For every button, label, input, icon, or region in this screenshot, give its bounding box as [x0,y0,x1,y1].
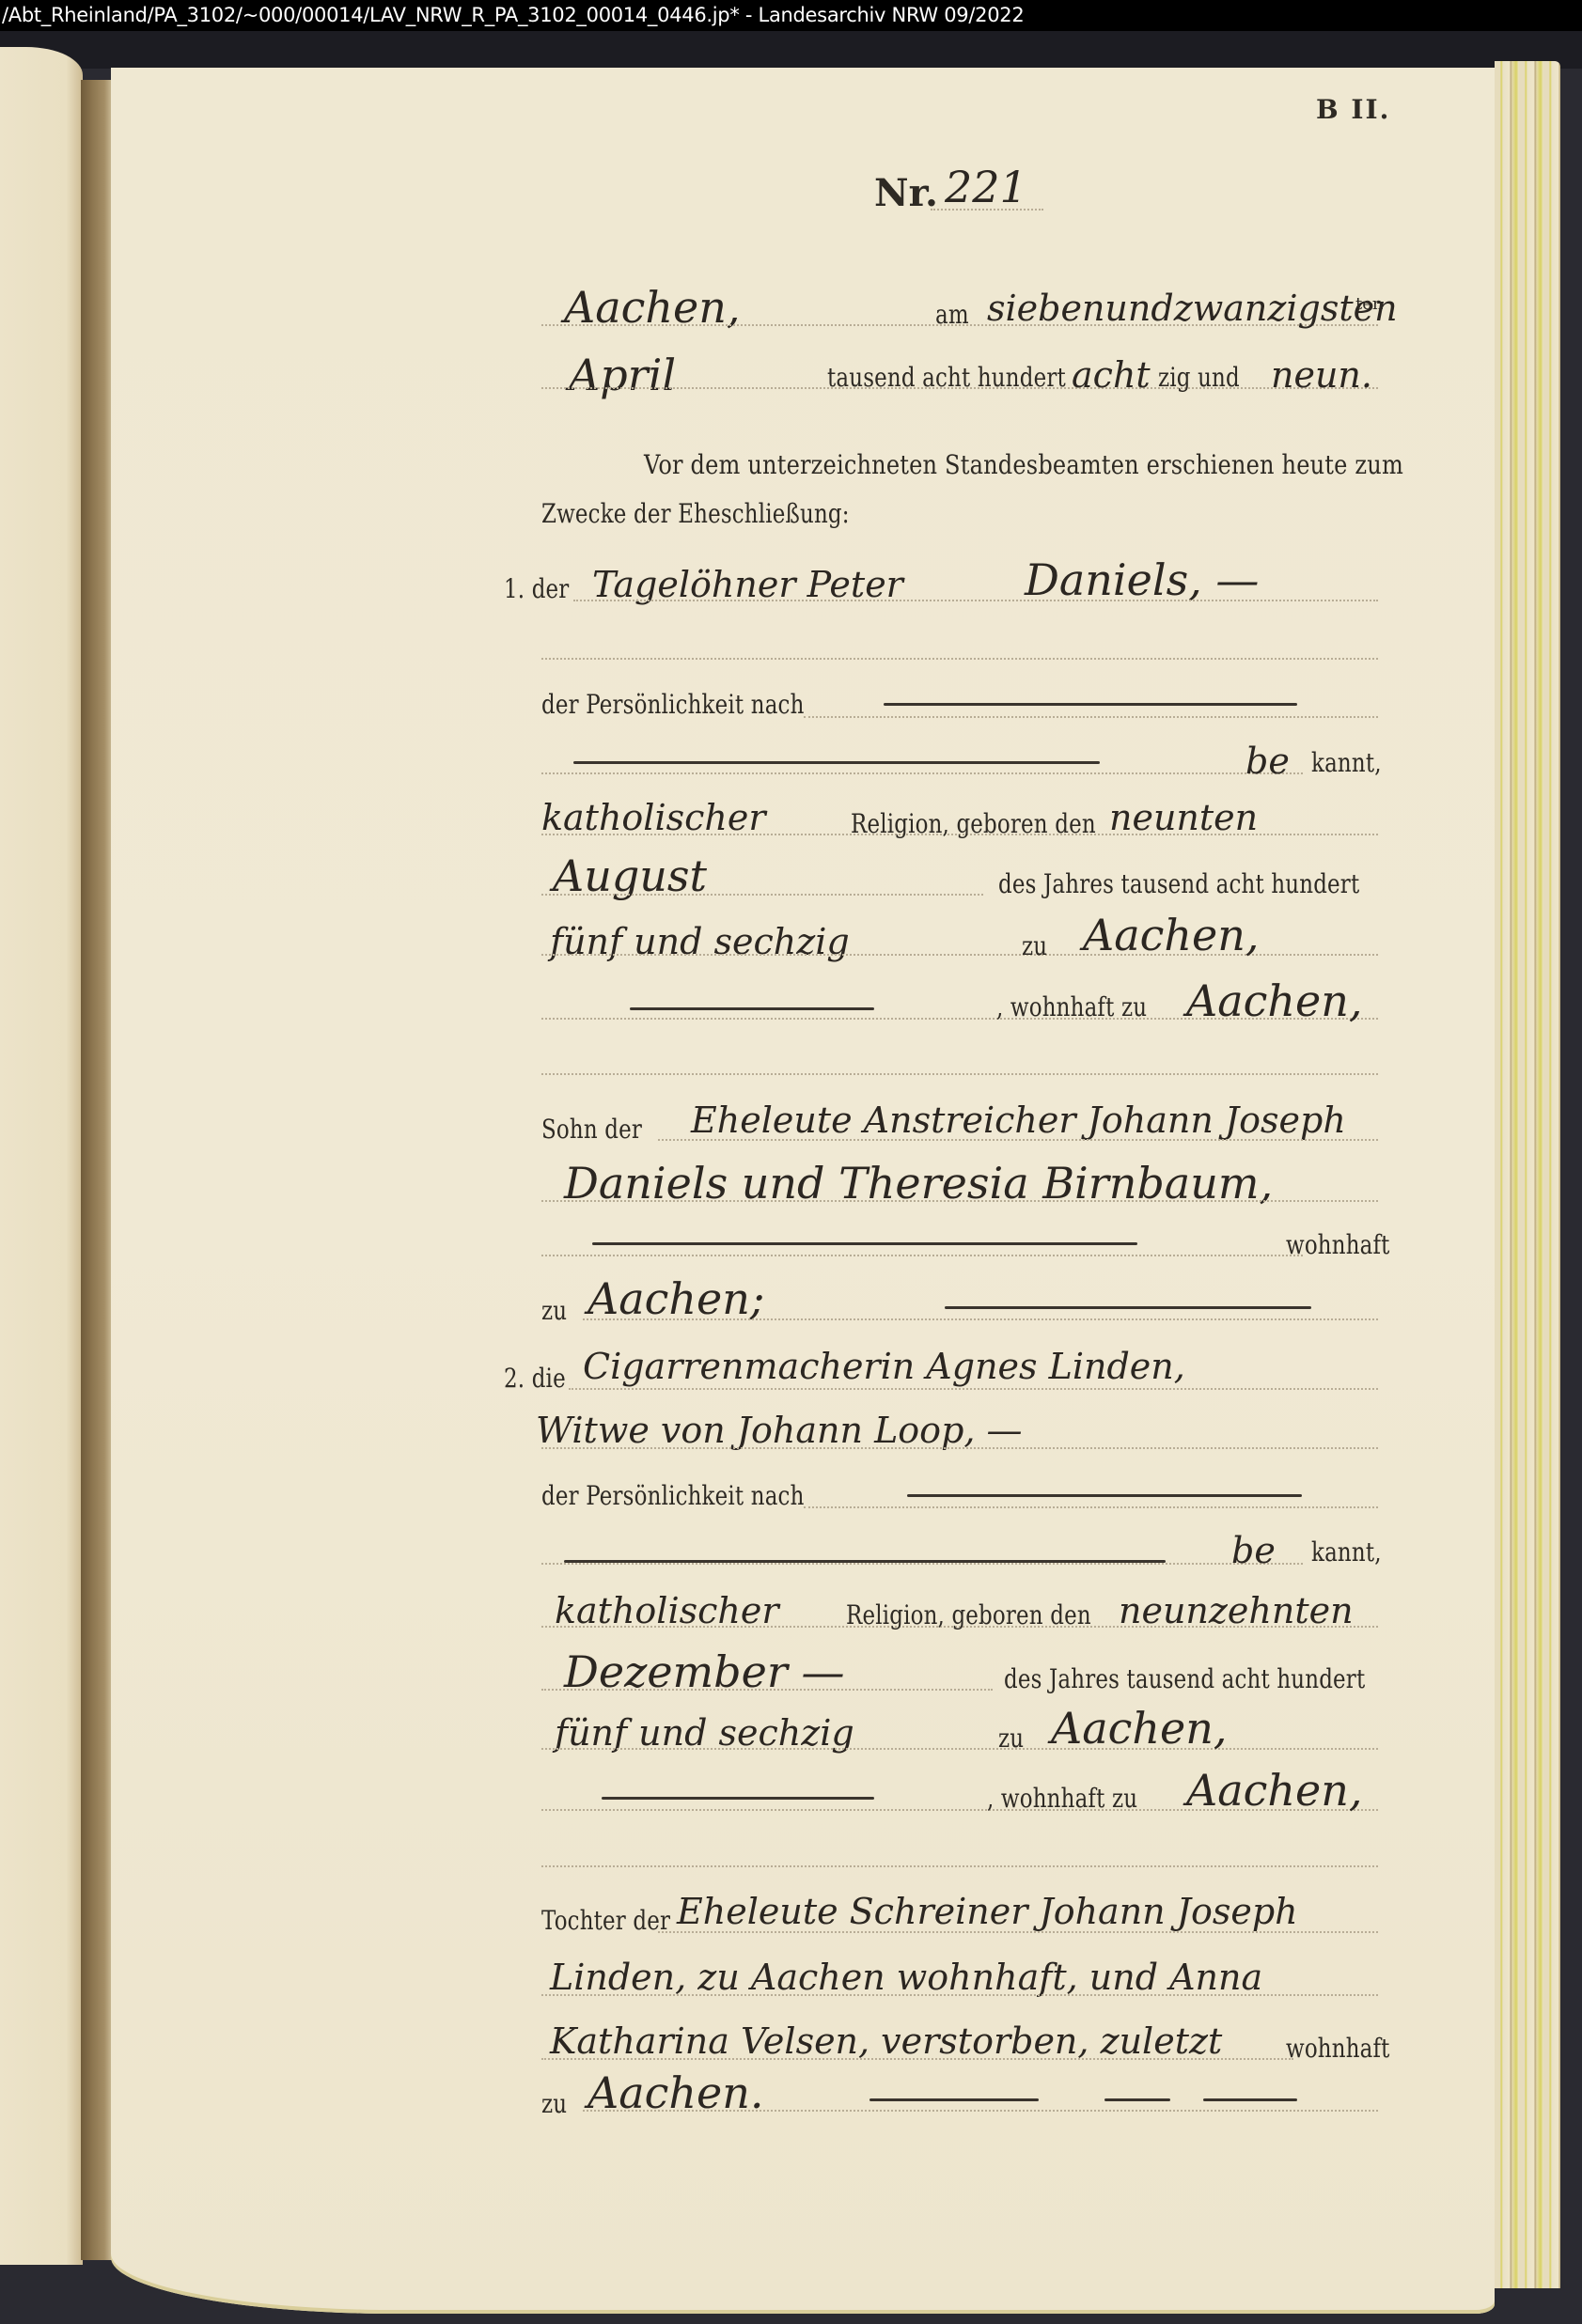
groom-kannt: kannt, [1311,747,1382,778]
bride-religion-label: Religion, geboren den [846,1599,1091,1630]
intro-line-1: Vor dem unterzeichneten Standesbeamten e… [644,449,1403,480]
am-label: am [935,299,969,330]
groom-month-dotline [541,894,983,896]
groom-religion: katholischer [541,797,766,838]
year-printed-1: tausend acht hundert [827,362,1066,393]
groom-residence: Aachen, [1186,975,1363,1026]
bride-line2: Witwe von Johann Loop, — [536,1410,1023,1451]
bride-prefix: 2. die [504,1363,566,1394]
groom-parents-label: Sohn der [541,1114,642,1145]
groom-identity-dash [884,703,1297,706]
bride-parents-line2: Linden, zu Aachen wohnhaft, und Anna [550,1957,1262,1998]
bride-occupation-name: Cigarrenmacherin Agnes Linden, [583,1346,1185,1387]
groom-parents-dash-1 [592,1242,1137,1245]
bride-year-dotline [541,1748,1378,1750]
groom-prefix: 1. der [504,573,569,604]
bride-identity-dotline [804,1506,1378,1508]
groom-identity-label: der Persönlichkeit nach [541,689,805,720]
bride-birth-place: Aachen, [1051,1703,1228,1754]
groom-parents-residence-label: wohnhaft [1286,1229,1390,1260]
bride-kannt: kannt, [1311,1536,1382,1568]
groom-residence-label: , wohnhaft zu [996,991,1147,1022]
bride-parents-zu: zu [541,2088,567,2119]
groom-parents-dotline-4 [583,1318,1378,1320]
groom-kannt-dotline [541,772,1303,774]
bride-parents-dash-1 [869,2098,1039,2101]
bride-blank-dotline [541,1865,1378,1867]
date-day: siebenundzwanzigsten [987,288,1398,329]
bride-parents-label: Tochter der [541,1905,670,1936]
groom-parents-zu: zu [541,1295,567,1326]
bride-birth-day: neunzehnten [1119,1590,1354,1631]
groom-birth-day: neunten [1109,797,1258,838]
register-entry: B II. Nr. 221 Aachen, am siebenundzwanzi… [0,0,1582,2324]
groom-dotline-1 [573,600,1378,601]
number-dotline [931,209,1043,211]
bride-parents-dash-3 [1203,2098,1297,2101]
number-label: Nr. [874,171,938,215]
bride-residence-label: , wohnhaft zu [987,1783,1137,1814]
groom-parents-dotline-2 [541,1200,1378,1202]
bride-year-label: des Jahres tausend acht hundert [1004,1663,1365,1694]
entry-number: 221 [945,162,1027,212]
groom-surname: Daniels, — [1025,554,1259,605]
groom-blank-dotline [541,1073,1378,1075]
bride-identity-dash [907,1494,1302,1497]
groom-residence-dash [630,1007,874,1010]
groom-birth-year: fünf und sechzig [550,921,850,962]
groom-year-label: des Jahres tausend acht hundert [998,868,1359,899]
bride-parents-line1: Eheleute Schreiner Johann Joseph [677,1891,1298,1932]
section-mark: B II. [1316,94,1390,125]
groom-identity-dotline [804,716,1378,718]
bride-parents-dotline-4 [583,2110,1378,2112]
groom-dotline-2 [541,658,1378,660]
bride-identity-label: der Persönlichkeit nach [541,1480,805,1511]
bride-residence-dash [602,1797,874,1800]
year-printed-2: zig und [1158,362,1240,393]
groom-parents-dash-2 [945,1306,1311,1309]
bride-zu: zu [998,1723,1024,1754]
groom-parents-dotline-3 [541,1255,1303,1256]
bride-be: be [1231,1530,1276,1571]
year-unit: neun. [1271,354,1372,396]
bride-month-dotline [541,1689,993,1691]
ten-suffix: ten [1355,294,1383,314]
bride-parents-dotline-2 [541,1994,1378,1996]
date-month: April [569,350,676,400]
bride-parents-residence-label: wohnhaft [1286,2033,1390,2064]
bride-kannt-dotline [541,1563,1303,1565]
groom-religion-label: Religion, geboren den [851,808,1096,839]
groom-parents-residence: Aachen; [587,1273,764,1324]
bride-parents-dotline-1 [658,1931,1378,1933]
bride-parents-dotline-3 [541,2058,1293,2060]
bride-dotline-2 [541,1447,1378,1449]
bride-kannt-dash [564,1560,1166,1563]
intro-line-2: Zwecke der Eheschließung: [541,498,850,529]
groom-parents-line1: Eheleute Anstreicher Johann Joseph [691,1100,1346,1141]
bride-parents-line3: Katharina Velsen, verstorben, zuletzt [550,2020,1222,2062]
groom-zu: zu [1022,930,1047,961]
year-decade: acht [1072,354,1151,396]
groom-birth-place: Aachen, [1083,910,1260,960]
bride-dotline-1 [569,1388,1378,1390]
groom-be: be [1245,741,1290,782]
groom-kannt-dash [573,761,1100,764]
bride-parents-dash-2 [1104,2098,1170,2101]
groom-parents-dotline-1 [658,1139,1378,1141]
bride-residence: Aachen, [1186,1765,1363,1816]
